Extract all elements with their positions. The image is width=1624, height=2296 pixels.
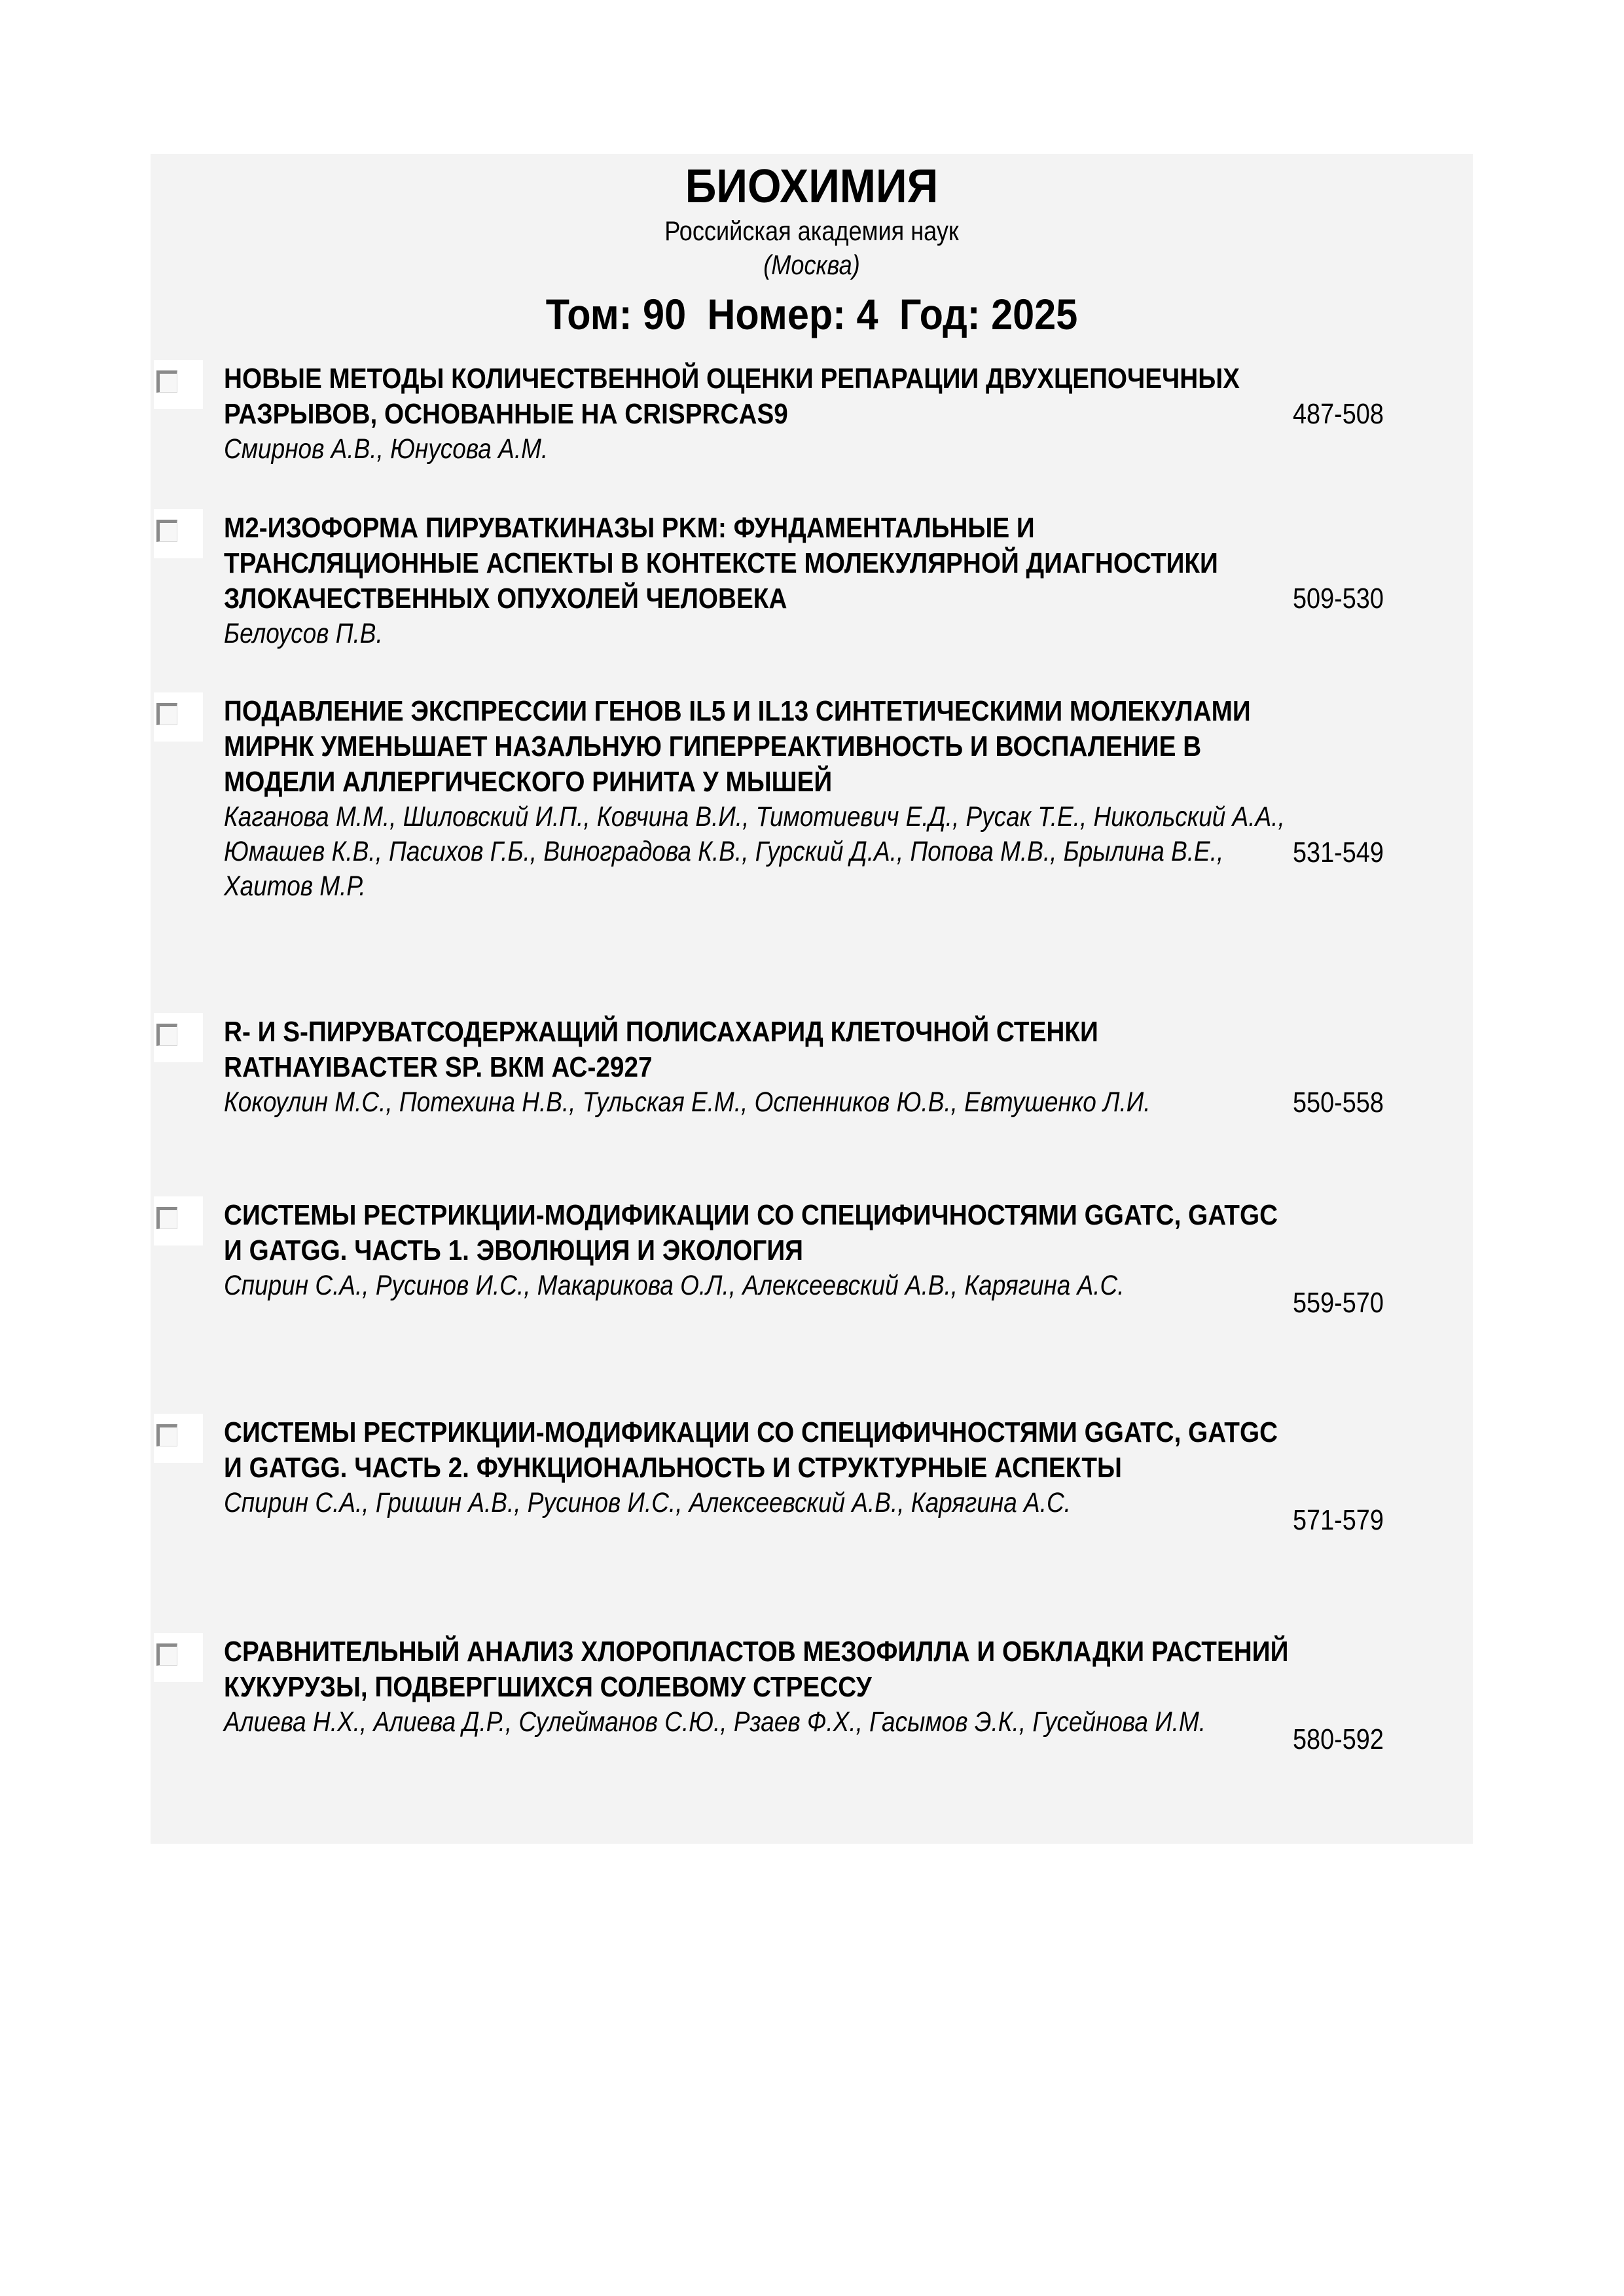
article-title[interactable]: M2-ИЗОФОРМА ПИРУВАТКИНАЗЫ PKM: ФУНДАМЕНТ… bbox=[224, 511, 1295, 617]
checkbox-icon bbox=[156, 703, 177, 725]
article-authors: Каганова М.М., Шиловский И.П., Ковчина В… bbox=[224, 800, 1288, 904]
article-checkbox[interactable] bbox=[154, 1633, 203, 1682]
article-title[interactable]: ПОДАВЛЕНИЕ ЭКСПРЕССИИ ГЕНОВ IL5 И IL13 С… bbox=[224, 694, 1295, 800]
checkbox-icon bbox=[156, 1207, 177, 1229]
checkbox-icon bbox=[156, 1643, 177, 1666]
checkbox-icon bbox=[156, 1424, 177, 1446]
article-title[interactable]: R- И S-ПИРУВАТСОДЕРЖАЩИЙ ПОЛИСАХАРИД КЛЕ… bbox=[224, 1014, 1295, 1085]
article-authors: Спирин С.А., Гришин А.В., Русинов И.С., … bbox=[224, 1486, 1288, 1520]
article-authors: Смирнов А.В., Юнусова А.М. bbox=[224, 432, 1288, 467]
year-label: Год: 2025 bbox=[899, 290, 1077, 338]
checkbox-icon bbox=[156, 1024, 177, 1046]
article-checkbox[interactable] bbox=[154, 1414, 203, 1463]
article-title[interactable]: СИСТЕМЫ РЕСТРИКЦИИ-МОДИФИКАЦИИ СО СПЕЦИФ… bbox=[224, 1198, 1295, 1268]
table-of-contents-panel: БИОХИМИЯ Российская академия наук (Москв… bbox=[151, 154, 1473, 1844]
article-authors: Алиева Н.Х., Алиева Д.Р., Сулейманов С.Ю… bbox=[224, 1705, 1288, 1740]
article-pages: 509-530 bbox=[1293, 581, 1384, 617]
article-title[interactable]: СИСТЕМЫ РЕСТРИКЦИИ-МОДИФИКАЦИИ СО СПЕЦИФ… bbox=[224, 1415, 1295, 1486]
article-pages: 580-592 bbox=[1293, 1722, 1384, 1757]
article-title[interactable]: СРАВНИТЕЛЬНЫЙ АНАЛИЗ ХЛОРОПЛАСТОВ МЕЗОФИ… bbox=[224, 1634, 1295, 1705]
volume-label: Том: 90 bbox=[546, 290, 686, 338]
article-checkbox[interactable] bbox=[154, 360, 203, 409]
article-checkbox[interactable] bbox=[154, 509, 203, 558]
article-pages: 559-570 bbox=[1293, 1285, 1384, 1321]
article-pages: 487-508 bbox=[1293, 397, 1384, 432]
article-checkbox[interactable] bbox=[154, 1013, 203, 1062]
checkbox-icon bbox=[156, 520, 177, 542]
journal-title: БИОХИМИЯ bbox=[204, 154, 1420, 216]
article-checkbox[interactable] bbox=[154, 692, 203, 742]
article-title[interactable]: НОВЫЕ МЕТОДЫ КОЛИЧЕСТВЕННОЙ ОЦЕНКИ РЕПАР… bbox=[224, 361, 1295, 432]
issue-label: Номер: 4 bbox=[708, 290, 878, 338]
article-authors: Спирин С.А., Русинов И.С., Макарикова О.… bbox=[224, 1268, 1288, 1303]
publisher-name: Российская академия наук bbox=[243, 211, 1380, 251]
article-authors: Кокоулин М.С., Потехина Н.В., Тульская Е… bbox=[224, 1085, 1288, 1120]
issue-info: Том: 90Номер: 4Год: 2025 bbox=[217, 285, 1407, 344]
checkbox-icon bbox=[156, 370, 177, 393]
article-pages: 571-579 bbox=[1293, 1503, 1384, 1538]
article-authors: Белоусов П.В. bbox=[224, 617, 1288, 651]
article-pages: 550-558 bbox=[1293, 1085, 1384, 1121]
article-checkbox[interactable] bbox=[154, 1196, 203, 1246]
article-pages: 531-549 bbox=[1293, 835, 1384, 870]
publisher-city: (Москва) bbox=[243, 245, 1380, 285]
